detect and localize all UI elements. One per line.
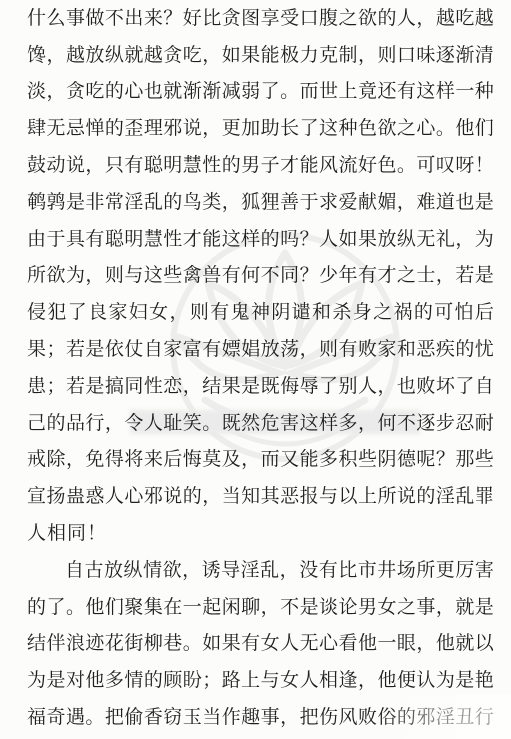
page-text: 什么事做不出来？好比贪图享受口腹之欲的人，越吃越馋，越放纵就越贪吃，如果能极力克… [27, 0, 494, 734]
text-line-11: 患；若是搞同性恋，结果是既侮辱了别人，也败坏了自 [27, 366, 494, 403]
text-line-18: 结伴浪迹花街柳巷。如果有女人无心看他一眼，他就以 [27, 624, 494, 661]
text-line-12: 己的品行，令人耻笑。既然危害这样多，何不逐步忍耐 [27, 403, 494, 440]
text-line-16: 自古放纵情欲，诱导淫乱，没有比市井场所更厉害 [27, 550, 494, 587]
text-line-4: 肆无忌惮的歪理邪说，更加助长了这种色欲之心。他们 [27, 108, 494, 145]
text-line-1: 什么事做不出来？好比贪图享受口腹之欲的人，越吃越 [27, 0, 494, 35]
text-line-10: 果；若是依仗自家富有嫖娼放荡，则有败家和恶疾的忧 [27, 329, 494, 366]
text-line-3: 淡，贪吃的心也就渐渐减弱了。而世上竟还有这样一种 [27, 72, 494, 109]
text-line-14: 宣扬蛊惑人心邪说的，当知其恶报与以上所说的淫乱罪 [27, 476, 494, 513]
text-line-15: 人相同！ [27, 513, 494, 550]
text-line-20: 福奇遇。把偷香窃玉当作趣事，把伤风败俗的邪淫丑行 [27, 697, 494, 734]
text-line-13: 戒除，免得将来后悔莫及，而又能多积些阴德呢？那些 [27, 440, 494, 477]
book-page: 什么事做不出来？好比贪图享受口腹之欲的人，越吃越馋，越放纵就越贪吃，如果能极力克… [0, 0, 511, 739]
text-line-6: 鹌鹑是非常淫乱的鸟类，狐狸善于求爱献媚，难道也是 [27, 182, 494, 219]
text-line-19: 为是对他多情的顾盼；路上与女人相逢，他便认为是艳 [27, 660, 494, 697]
text-line-5: 鼓动说，只有聪明慧性的男子才能风流好色。可叹呀！ [27, 145, 494, 182]
text-line-7: 由于具有聪明慧性才能这样的吗？人如果放纵无礼，为 [27, 219, 494, 256]
text-line-8: 所欲为，则与这些禽兽有何不同？少年有才之士，若是 [27, 256, 494, 293]
text-line-9: 侵犯了良家妇女，则有鬼神阴谴和杀身之祸的可怕后 [27, 292, 494, 329]
text-line-2: 馋，越放纵就越贪吃，如果能极力克制，则口味逐渐清 [27, 35, 494, 72]
text-line-17: 的了。他们聚集在一起闲聊，不是谈论男女之事，就是 [27, 587, 494, 624]
